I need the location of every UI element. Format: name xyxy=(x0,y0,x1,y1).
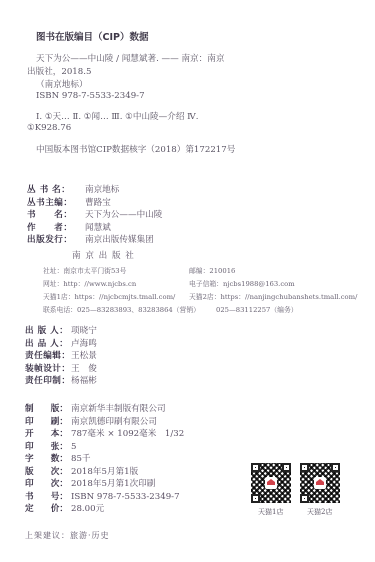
qr-finder-icon xyxy=(282,463,291,472)
publisher-address: 社址：南京市太平门街53号 xyxy=(43,265,126,275)
qr-finder-icon xyxy=(251,463,260,472)
shelf-suggestion: 上架建议：旅游·历史 xyxy=(25,530,110,541)
printing-row: 书 号：ISBN 978-7-5533-2349-7 xyxy=(25,491,184,504)
book-info-row: 出版发行：南京出版传媒集团 xyxy=(27,234,162,247)
tmall-logo-icon xyxy=(314,477,326,489)
printing-row: 开 本：787毫米 × 1092毫米 1/32 xyxy=(25,428,184,441)
cip-title: 图书在版编目（CIP）数据 xyxy=(36,29,148,43)
cip-classification: ①K928.76 xyxy=(27,123,71,133)
publisher-phone-edit: 025—83112257（编务） xyxy=(216,304,298,314)
book-info-row: 书 名：天下为公——中山陵 xyxy=(27,209,162,222)
tmall-logo-icon xyxy=(265,477,277,489)
cip-line: （南京地标） xyxy=(36,78,88,90)
cip-line: 天下为公——中山陵 / 闻慧斌著. —— 南京：南京 xyxy=(36,52,224,64)
book-info-row: 作 者：闻慧斌 xyxy=(27,222,162,235)
staff-row: 出 品 人：卢海鸣 xyxy=(25,338,97,351)
staff-row: 责任编辑：王松景 xyxy=(25,350,97,363)
book-info-row: 丛 书 名：南京地标 xyxy=(27,184,162,197)
qr-finder-icon xyxy=(331,463,340,472)
cip-classification: Ⅰ. ①天… Ⅱ. ①闻… Ⅲ. ①中山陵—介绍 Ⅳ. xyxy=(36,110,198,122)
publisher-tmall2[interactable]: 天猫2店：https：//nanjingchubanshets.tmall.co… xyxy=(189,291,357,301)
printing-row: 印 刷：南京凯德印刷有限公司 xyxy=(25,416,184,429)
qr-caption: 天猫1店 xyxy=(258,507,283,517)
printing-row: 定 价：28.00元 xyxy=(25,503,184,516)
printing-info: 制 版：南京新华丰制版有限公司 印 刷：南京凯德印刷有限公司 开 本：787毫米… xyxy=(25,403,184,516)
publisher-name: 南 京 出 版 社 xyxy=(72,249,135,261)
publisher-phone-sales: 联系电话：025—83283893、83283864（营销） xyxy=(43,304,200,314)
qr-finder-icon xyxy=(251,494,260,503)
cip-line: 出版社，2018.5 xyxy=(27,65,91,77)
qr-code-tmall1[interactable] xyxy=(251,463,291,503)
publisher-tmall1[interactable]: 天猫1店：https：//njcbcmjts.tmall.com/ xyxy=(43,291,175,301)
staff-list: 出 版 人：项晓宁 出 品 人：卢海鸣 责任编辑：王松景 装帧设计：王 俊 责任… xyxy=(25,325,97,388)
cip-verification: 中国版本图书馆CIP数据核字（2018）第172217号 xyxy=(36,143,235,155)
staff-row: 出 版 人：项晓宁 xyxy=(25,325,97,338)
printing-row: 制 版：南京新华丰制版有限公司 xyxy=(25,403,184,416)
printing-row: 印 张：5 xyxy=(25,441,184,454)
printing-row: 字 数：85千 xyxy=(25,453,184,466)
qr-finder-icon xyxy=(300,463,309,472)
staff-row: 装帧设计：王 俊 xyxy=(25,363,97,376)
publisher-website[interactable]: 网址：http：//www.njcbs.cn xyxy=(43,278,136,288)
qr-caption: 天猫2店 xyxy=(307,507,332,517)
printing-row: 版 次：2018年5月第1版 xyxy=(25,466,184,479)
staff-row: 责任印制：杨福彬 xyxy=(25,375,97,388)
qr-code-tmall2[interactable] xyxy=(300,463,340,503)
book-info: 丛 书 名：南京地标 丛书主编：曹路宝 书 名：天下为公——中山陵 作 者：闻慧… xyxy=(27,184,162,247)
printing-row: 印 次：2018年5月第1次印刷 xyxy=(25,478,184,491)
book-info-row: 丛书主编：曹路宝 xyxy=(27,197,162,210)
publisher-postcode: 邮编：210016 xyxy=(189,265,235,275)
cip-line: ISBN 978-7-5533-2349-7 xyxy=(36,91,145,101)
publisher-email[interactable]: 电子信箱：njcbs1988@163.com xyxy=(189,278,295,288)
qr-finder-icon xyxy=(300,494,309,503)
